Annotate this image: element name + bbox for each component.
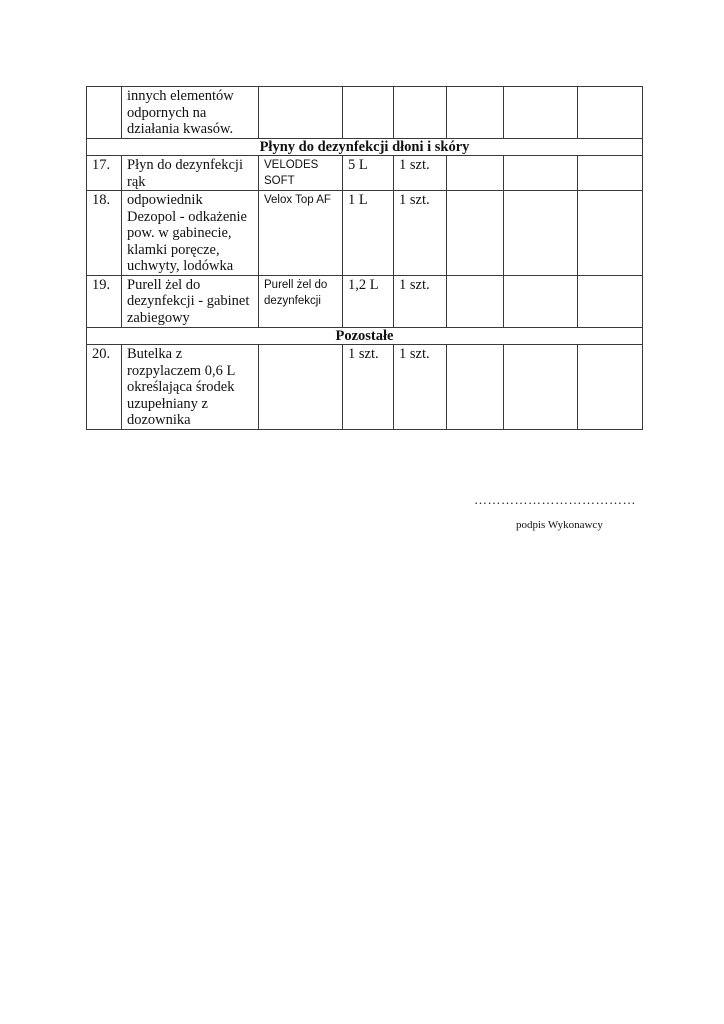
table-row: 17. Płyn do dezynfekcji rąk VELODES SOFT… <box>87 156 643 191</box>
row-qty: 1 szt. <box>394 345 447 430</box>
row-cell <box>578 191 643 276</box>
row-qty: 1 szt. <box>394 275 447 327</box>
row-description: innych elementów odpornych na działania … <box>122 87 259 139</box>
row-cell <box>504 275 578 327</box>
row-description: Płyn do dezynfekcji rąk <box>122 156 259 191</box>
row-number: 20. <box>87 345 122 430</box>
row-cell <box>447 156 504 191</box>
row-number: 17. <box>87 156 122 191</box>
table-row: 18. odpowiednik Dezopol - odkażenie pow.… <box>87 191 643 276</box>
section-header-row: Płyny do dezynfekcji dłoni i skóry <box>87 138 643 156</box>
row-number: 19. <box>87 275 122 327</box>
row-cell <box>447 87 504 139</box>
row-product: Velox Top AF <box>259 191 343 276</box>
row-cell <box>504 87 578 139</box>
table-row: 20. Butelka z rozpylaczem 0,6 L określaj… <box>87 345 643 430</box>
row-cell <box>447 345 504 430</box>
signature-label: podpis Wykonawcy <box>516 519 603 531</box>
row-size: 5 L <box>343 156 394 191</box>
row-description: Butelka z rozpylaczem 0,6 L określająca … <box>122 345 259 430</box>
row-size <box>343 87 394 139</box>
row-cell <box>447 191 504 276</box>
section-title: Płyny do dezynfekcji dłoni i skóry <box>87 138 643 156</box>
row-product: VELODES SOFT <box>259 156 343 191</box>
row-cell <box>578 87 643 139</box>
table-row: 19. Purell żel do dezynfekcji - gabinet … <box>87 275 643 327</box>
row-cell <box>504 345 578 430</box>
row-product: Purell żel do dezynfekcji <box>259 275 343 327</box>
product-table: innych elementów odpornych na działania … <box>86 86 643 430</box>
section-header-row: Pozostałe <box>87 327 643 345</box>
signature-line: ……………………………… <box>474 492 636 508</box>
row-cell <box>578 275 643 327</box>
row-size: 1,2 L <box>343 275 394 327</box>
row-qty <box>394 87 447 139</box>
row-size: 1 L <box>343 191 394 276</box>
row-qty: 1 szt. <box>394 191 447 276</box>
row-number: 18. <box>87 191 122 276</box>
row-description: odpowiednik Dezopol - odkażenie pow. w g… <box>122 191 259 276</box>
row-number <box>87 87 122 139</box>
table-row: innych elementów odpornych na działania … <box>87 87 643 139</box>
row-cell <box>504 156 578 191</box>
row-cell <box>447 275 504 327</box>
row-size: 1 szt. <box>343 345 394 430</box>
row-cell <box>504 191 578 276</box>
row-description: Purell żel do dezynfekcji - gabinet zabi… <box>122 275 259 327</box>
row-product <box>259 87 343 139</box>
section-title: Pozostałe <box>87 327 643 345</box>
row-cell <box>578 345 643 430</box>
row-cell <box>578 156 643 191</box>
row-qty: 1 szt. <box>394 156 447 191</box>
row-product <box>259 345 343 430</box>
